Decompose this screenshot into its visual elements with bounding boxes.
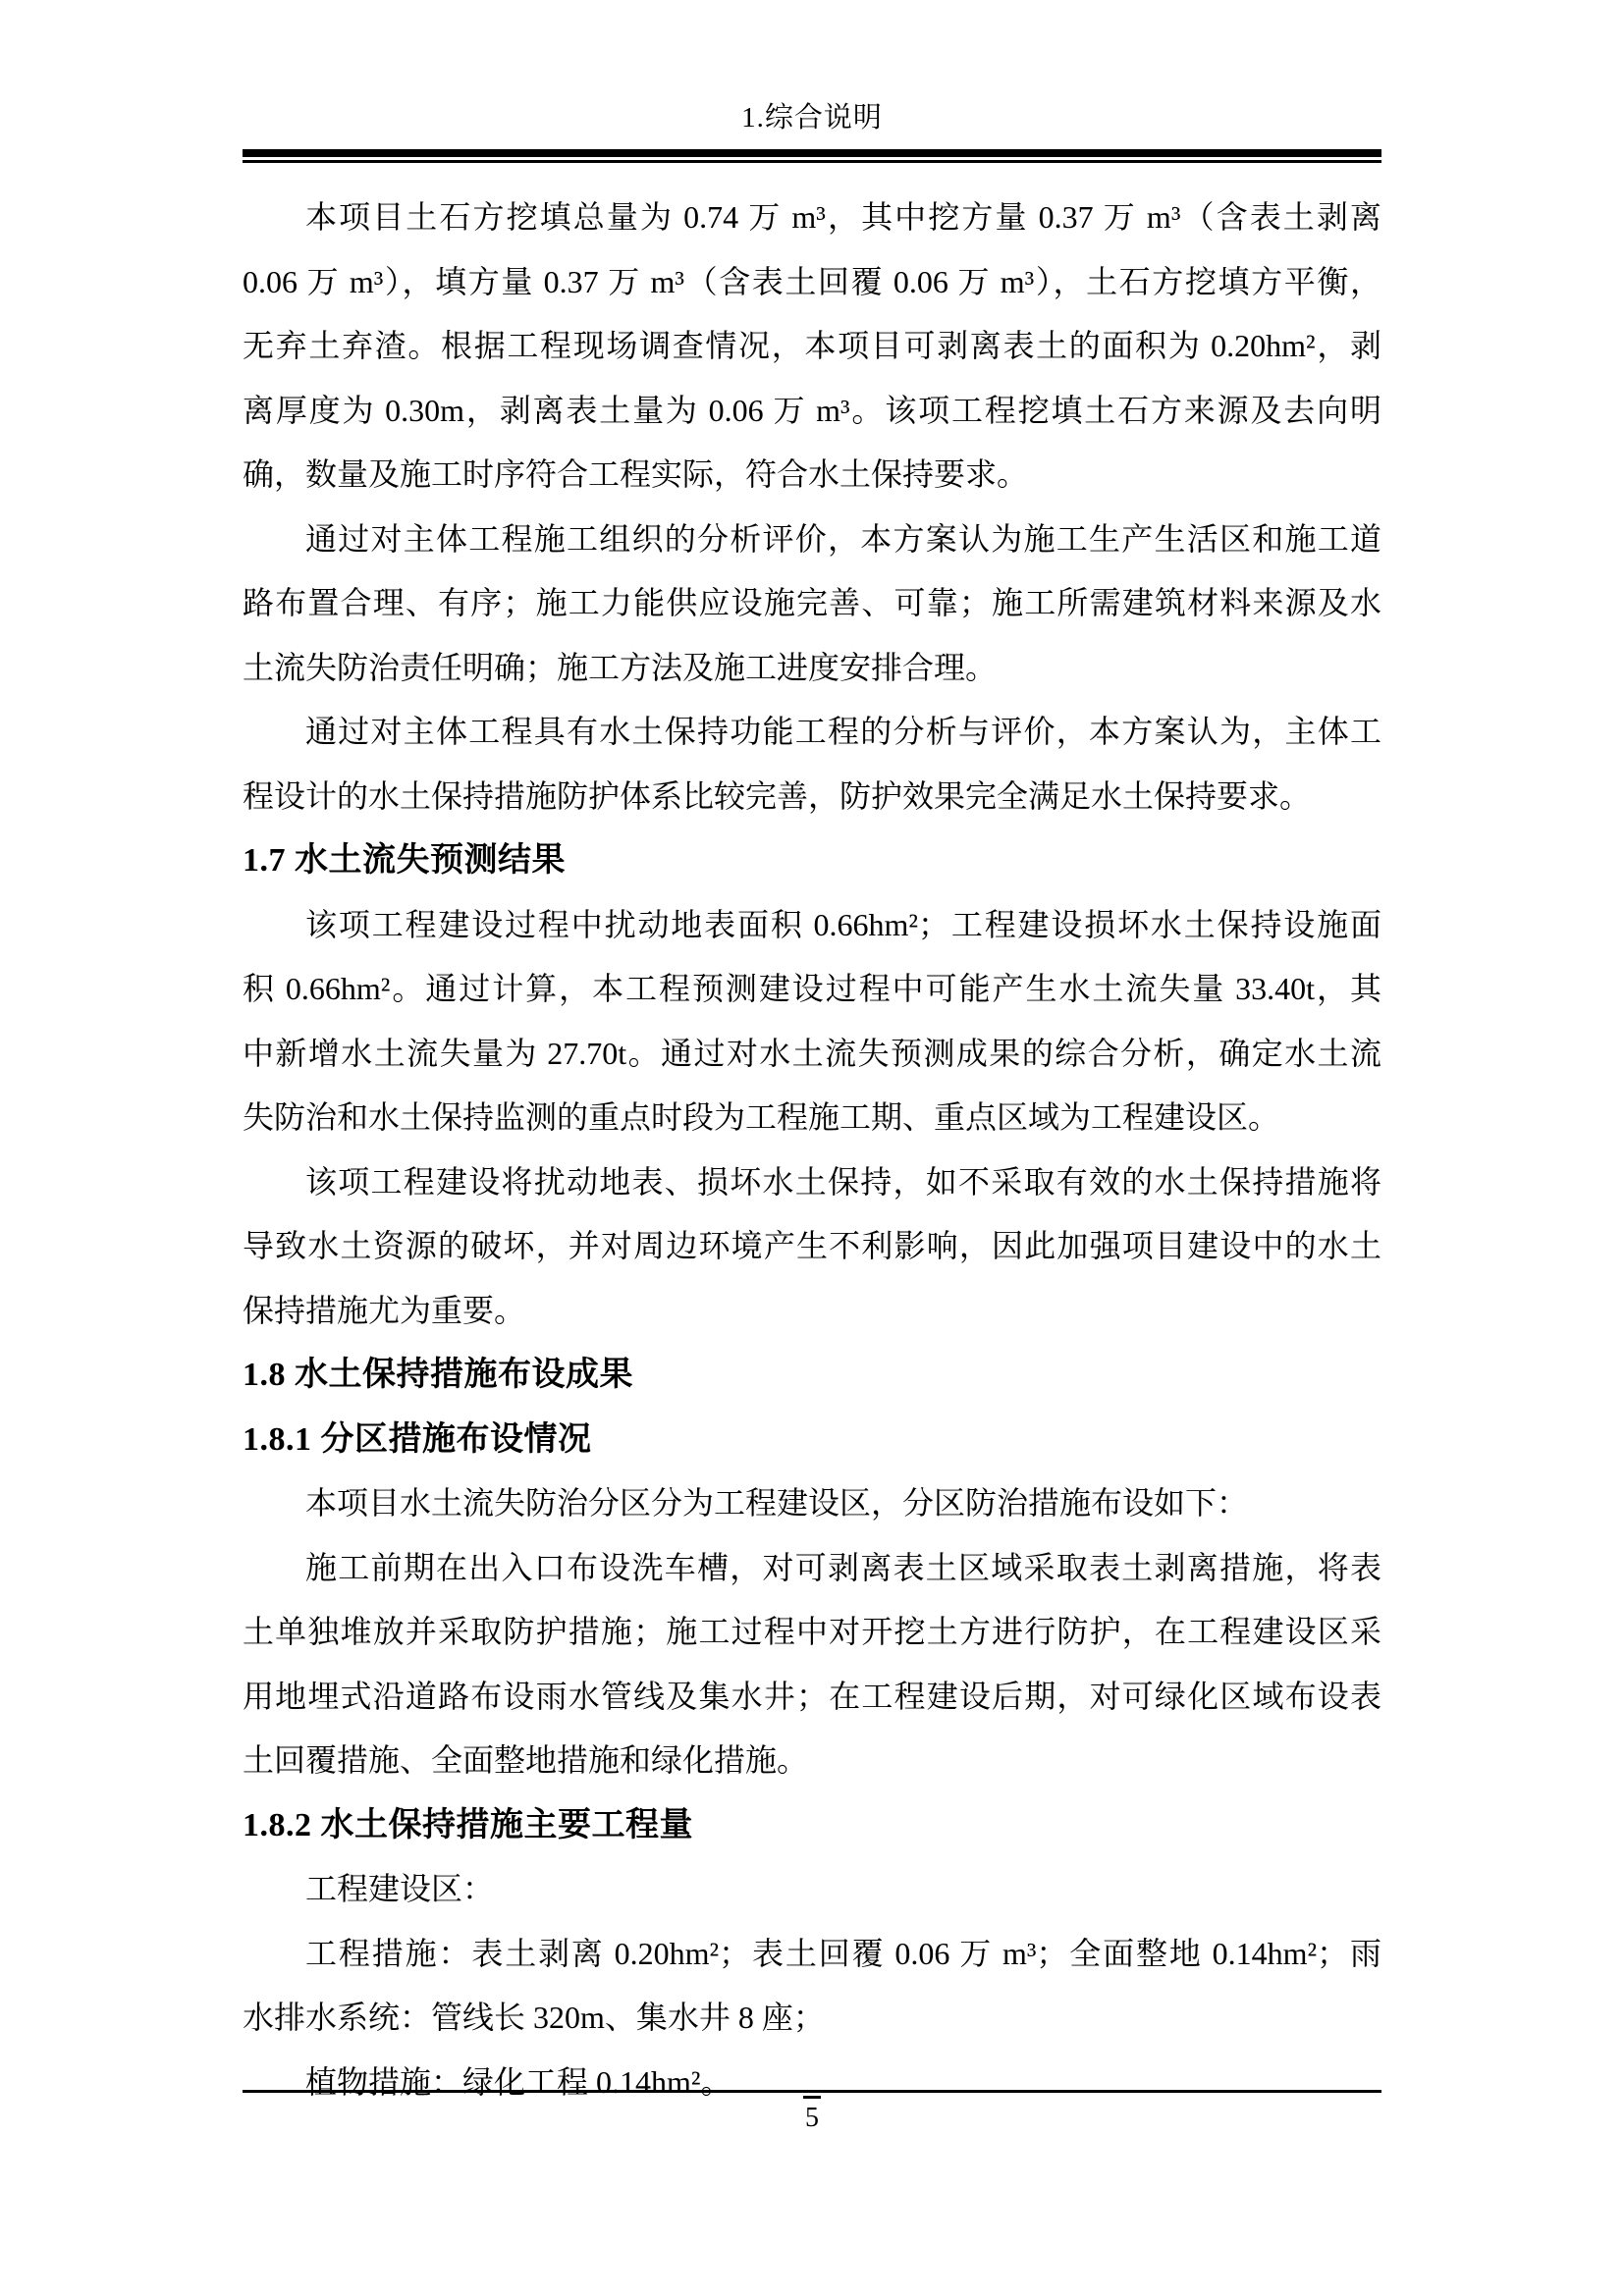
document-page: 1.综合说明 本项目土石方挖填总量为 0.74 万 m³，其中挖方量 0.37 … (0, 0, 1624, 2296)
page-header-title: 1.综合说明 (0, 98, 1624, 137)
section-heading-1-8-1: 1.8.1 分区措施布设情况 (243, 1408, 1381, 1472)
paragraph-line: 土回覆措施、全面整地措施和绿化措施。 (243, 1729, 1381, 1793)
paragraph-line: 导致水土资源的破坏，并对周边环境产生不利影响，因此加强项目建设中的水土 (243, 1214, 1381, 1279)
paragraph: 通过对主体工程施工组织的分析评价，本方案认为施工生产生活区和施工道 路布置合理、… (243, 507, 1381, 701)
section-heading-1-8: 1.8 水土保持措施布设成果 (243, 1343, 1381, 1408)
footer-rule (243, 2090, 1381, 2093)
paragraph: 该项工程建设将扰动地表、损坏水土保持，如不采取有效的水土保持措施将 导致水土资源… (243, 1150, 1381, 1344)
paragraph: 工程措施：表土剥离 0.20hm²；表土回覆 0.06 万 m³；全面整地 0.… (243, 1922, 1381, 2051)
paragraph: 本项目土石方挖填总量为 0.74 万 m³，其中挖方量 0.37 万 m³（含表… (243, 186, 1381, 507)
paragraph: 该项工程建设过程中扰动地表面积 0.66hm²；工程建设损坏水土保持设施面 积 … (243, 893, 1381, 1150)
paragraph-line: 本项目土石方挖填总量为 0.74 万 m³，其中挖方量 0.37 万 m³（含表… (243, 186, 1381, 250)
paragraph-line: 失防治和水土保持监测的重点时段为工程施工期、重点区域为工程建设区。 (243, 1086, 1381, 1150)
paragraph-line: 中新增水土流失量为 27.70t。通过对水土流失预测成果的综合分析，确定水土流 (243, 1022, 1381, 1087)
paragraph-line: 确，数量及施工时序符合工程实际，符合水土保持要求。 (243, 443, 1381, 507)
paragraph-line: 水排水系统：管线长 320m、集水井 8 座； (243, 1986, 1381, 2051)
paragraph-line: 通过对主体工程施工组织的分析评价，本方案认为施工生产生活区和施工道 (243, 507, 1381, 572)
paragraph: 本项目水土流失防治分区分为工程建设区，分区防治措施布设如下： (243, 1471, 1381, 1536)
paragraph: 工程建设区： (243, 1857, 1381, 1922)
paragraph-line: 0.06 万 m³），填方量 0.37 万 m³（含表土回覆 0.06 万 m³… (243, 250, 1381, 315)
paragraph-line: 工程建设区： (243, 1857, 1381, 1922)
paragraph-line: 土单独堆放并采取防护措施；施工过程中对开挖土方进行防护，在工程建设区采 (243, 1600, 1381, 1665)
paragraph-line: 土流失防治责任明确；施工方法及施工进度安排合理。 (243, 636, 1381, 701)
section-heading-1-7: 1.7 水土流失预测结果 (243, 828, 1381, 893)
paragraph-line: 保持措施尤为重要。 (243, 1279, 1381, 1344)
paragraph-line: 该项工程建设将扰动地表、损坏水土保持，如不采取有效的水土保持措施将 (243, 1150, 1381, 1215)
page-number: 5 (0, 2101, 1624, 2136)
paragraph-line: 路布置合理、有序；施工力能供应设施完善、可靠；施工所需建筑材料来源及水 (243, 571, 1381, 636)
paragraph-line: 用地埋式沿道路布设雨水管线及集水井；在工程建设后期，对可绿化区域布设表 (243, 1665, 1381, 1730)
paragraph: 施工前期在出入口布设洗车槽，对可剥离表土区域采取表土剥离措施，将表 土单独堆放并… (243, 1536, 1381, 1793)
paragraph-line: 工程措施：表土剥离 0.20hm²；表土回覆 0.06 万 m³；全面整地 0.… (243, 1922, 1381, 1987)
paragraph-line: 本项目水土流失防治分区分为工程建设区，分区防治措施布设如下： (243, 1471, 1381, 1536)
section-heading-1-8-2: 1.8.2 水土保持措施主要工程量 (243, 1793, 1381, 1858)
paragraph-line: 离厚度为 0.30m，剥离表土量为 0.06 万 m³。该项工程挖填土石方来源及… (243, 379, 1381, 444)
header-rule (243, 149, 1381, 163)
document-body: 本项目土石方挖填总量为 0.74 万 m³，其中挖方量 0.37 万 m³（含表… (243, 186, 1381, 2114)
footer-dash (803, 2096, 821, 2099)
paragraph-line: 程设计的水土保持措施防护体系比较完善，防护效果完全满足水土保持要求。 (243, 765, 1381, 829)
paragraph-line: 通过对主体工程具有水土保持功能工程的分析与评价，本方案认为，主体工 (243, 700, 1381, 765)
paragraph: 通过对主体工程具有水土保持功能工程的分析与评价，本方案认为，主体工 程设计的水土… (243, 700, 1381, 828)
paragraph-line: 无弃土弃渣。根据工程现场调查情况，本项目可剥离表土的面积为 0.20hm²，剥 (243, 314, 1381, 379)
paragraph-line: 施工前期在出入口布设洗车槽，对可剥离表土区域采取表土剥离措施，将表 (243, 1536, 1381, 1601)
paragraph-line: 积 0.66hm²。通过计算，本工程预测建设过程中可能产生水土流失量 33.40… (243, 957, 1381, 1022)
paragraph-line: 该项工程建设过程中扰动地表面积 0.66hm²；工程建设损坏水土保持设施面 (243, 893, 1381, 958)
